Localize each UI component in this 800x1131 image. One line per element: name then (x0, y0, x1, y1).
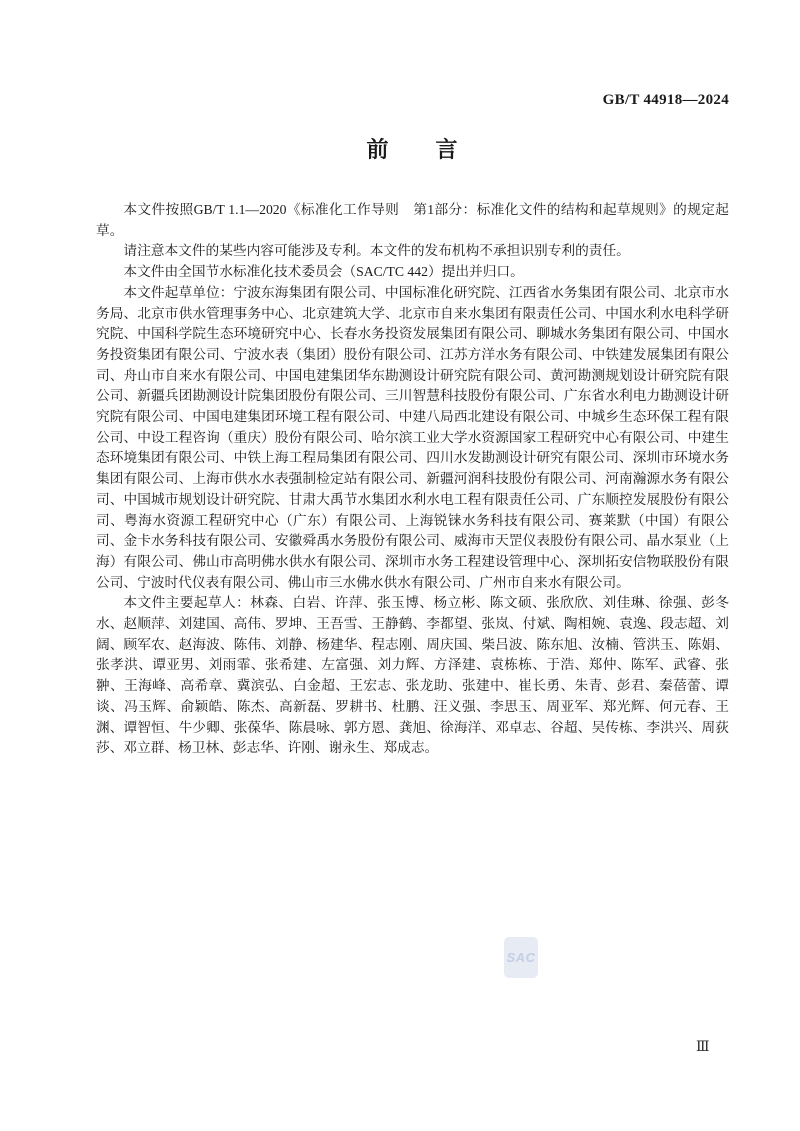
document-page: GB/T 44918—2024 前 言 本文件按照GB/T 1.1—2020《标… (0, 0, 800, 1131)
paragraph-committee: 本文件由全国节水标准化技术委员会（SAC/TC 442）提出并归口。 (96, 262, 729, 283)
standard-number: GB/T 44918—2024 (603, 92, 729, 109)
sac-watermark-text: SAC (507, 950, 536, 965)
page-title: 前 言 (96, 133, 729, 164)
sac-watermark: SAC (504, 937, 538, 978)
paragraph-drafting-organizations: 本文件起草单位：宁波东海集团有限公司、中国标准化研究院、江西省水务集团有限公司、… (96, 283, 729, 594)
paragraph-drafting-rules: 本文件按照GB/T 1.1—2020《标准化工作导则 第1部分：标准化文件的结构… (96, 200, 729, 241)
paragraph-patent-notice: 请注意本文件的某些内容可能涉及专利。本文件的发布机构不承担识别专利的责任。 (96, 241, 729, 262)
page-number: Ⅲ (696, 1039, 710, 1056)
paragraph-main-drafters: 本文件主要起草人：林森、白岩、许萍、张玉博、杨立彬、陈文硕、张欣欣、刘佳琳、徐强… (96, 593, 729, 759)
foreword-body: 本文件按照GB/T 1.1—2020《标准化工作导则 第1部分：标准化文件的结构… (96, 200, 729, 759)
